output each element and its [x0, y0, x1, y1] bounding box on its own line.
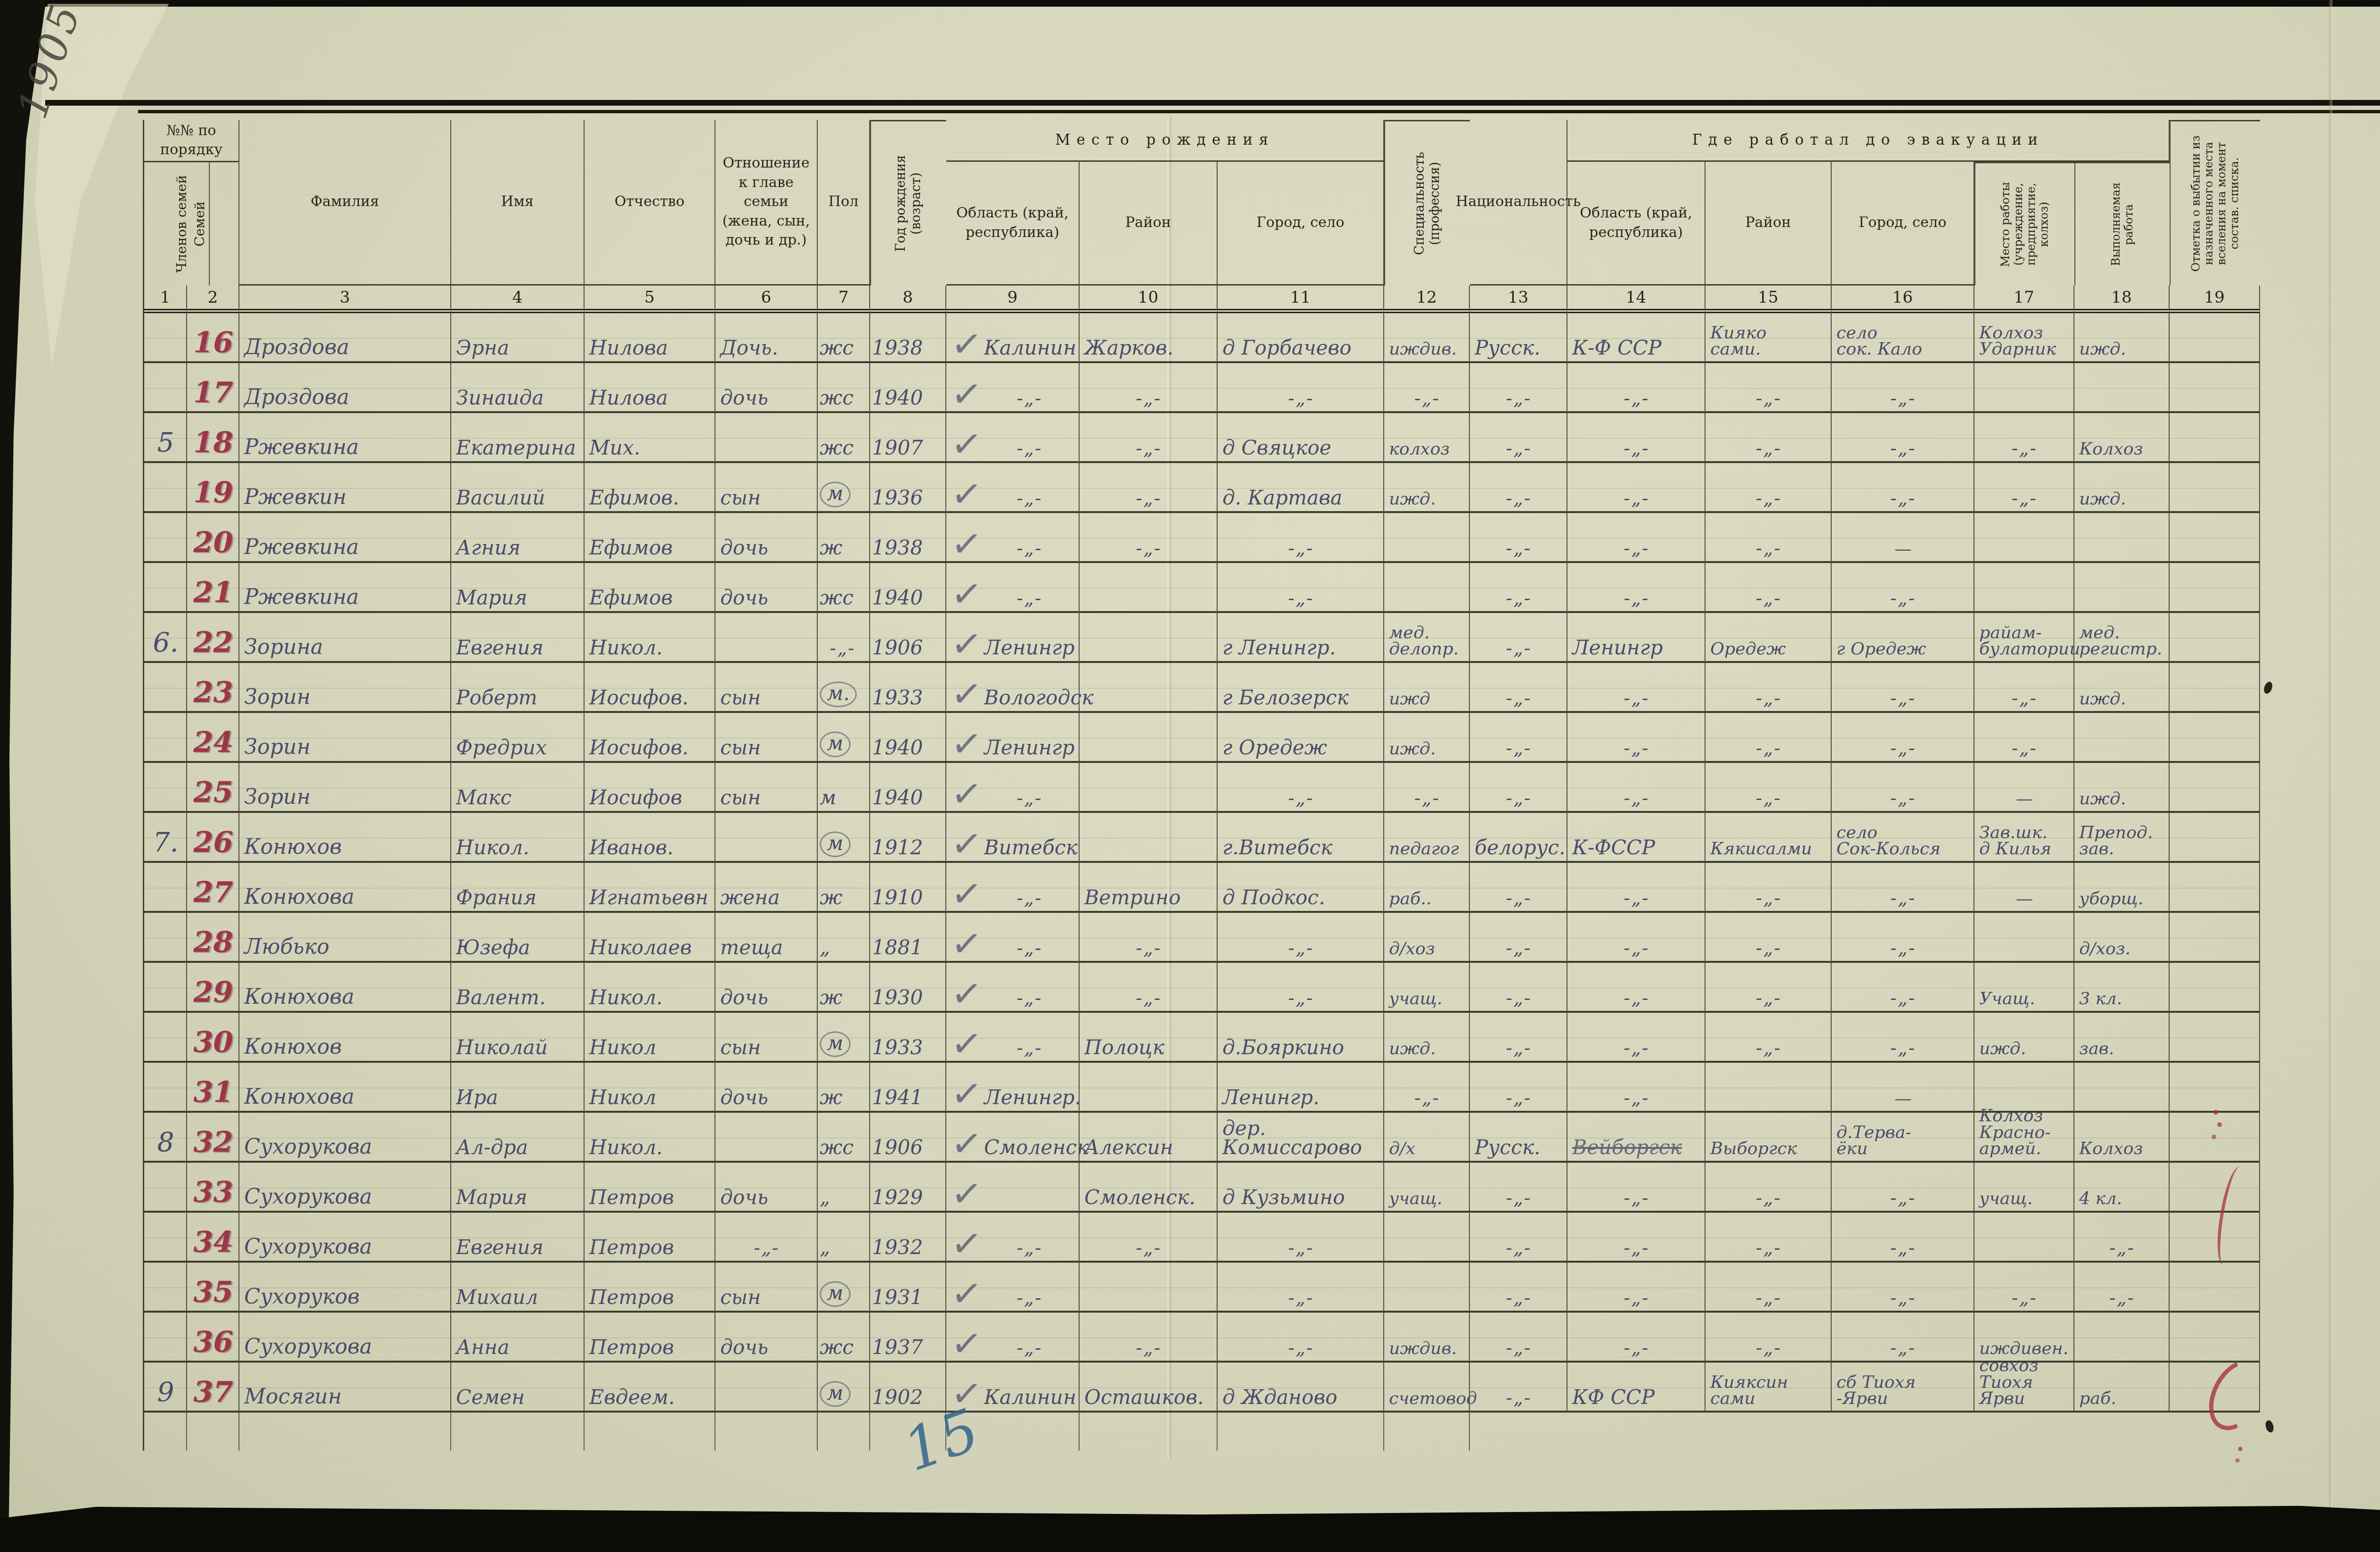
row-24-c16: -„- [1832, 713, 1974, 763]
row-37-c18: раб. [2074, 1363, 2170, 1413]
row-28-sur: Любько [239, 913, 451, 963]
row-28-c18: д/хоз. [2074, 913, 2170, 963]
row-33-c17: учащ. [1974, 1163, 2074, 1213]
row-30-nam: Николай [451, 1013, 585, 1063]
row-16-sex: жс [818, 313, 870, 363]
row-22-c11: г Ленингр. [1218, 613, 1384, 663]
row-36-yr: 1937 [870, 1313, 946, 1363]
check-mark: ✓ [949, 675, 984, 714]
row-34-c12 [1384, 1213, 1470, 1263]
row-16-c12: иждив. [1384, 313, 1470, 363]
header-number-18: 18 [2074, 286, 2170, 313]
check-mark: ✓ [949, 575, 984, 614]
row-26-c19 [2170, 813, 2260, 863]
header-col-birth-district: Район [1080, 162, 1218, 286]
row-28-c17 [1974, 913, 2074, 963]
row-30-c10: Полоцк [1080, 1013, 1218, 1063]
row-25-pat: Иосифов [585, 763, 715, 813]
row-21-n: 21 [187, 563, 239, 613]
row-20-c12 [1384, 513, 1470, 563]
row-30-c14: -„- [1567, 1013, 1706, 1063]
row-37-f: 9 [144, 1363, 187, 1413]
row-16-c16: село сок. Кало [1832, 313, 1974, 363]
row-16-c10: Жарков. [1080, 313, 1218, 363]
row-16-sur: Дроздова [239, 313, 451, 363]
paper-hole-top [2262, 681, 2274, 695]
header-col-relation: Отношение к главе семьи (жена, сын, дочь… [715, 120, 818, 286]
row-25-yr: 1940 [870, 763, 946, 813]
header-order-group: №№ по порядку Семей Членов семей [144, 120, 239, 286]
row-23-n: 23 [187, 663, 239, 713]
row-18-sex: жс [818, 413, 870, 463]
row-35-sur: Сухоруков [239, 1263, 451, 1313]
row-23-yr: 1933 [870, 663, 946, 713]
row-27-c19 [2170, 863, 2260, 913]
header-col-nationality: Национальность [1470, 120, 1567, 286]
row-19-rel: сын [715, 463, 818, 513]
row-16-c15: Кияко сами. [1706, 313, 1832, 363]
row-30-c15: -„- [1706, 1013, 1832, 1063]
row-29-c9: ✓-„- [946, 963, 1080, 1013]
row-20-c10: -„- [1080, 513, 1218, 563]
check-mark: ✓ [949, 1025, 984, 1064]
row-29-f [144, 963, 187, 1013]
row-27-f [144, 863, 187, 913]
row-28-n: 28 [187, 913, 239, 963]
row-31-pat: Никол [585, 1063, 715, 1113]
row-19-c12: ижд. [1384, 463, 1470, 513]
header-col-workplace: Место работы (учреждение, предприятие, к… [1974, 162, 2074, 286]
row-19-c14: -„- [1567, 463, 1706, 513]
row-28-c9: ✓-„- [946, 913, 1080, 963]
row-32-pat: Никол. [585, 1113, 715, 1163]
row-25-c18: ижд. [2074, 763, 2170, 813]
row-26-sur: Конюхов [239, 813, 451, 863]
header-number-11: 11 [1218, 286, 1384, 313]
row-16-c11: д Горбачево [1218, 313, 1384, 363]
row-24-c13: -„- [1470, 713, 1567, 763]
row-30-c17: ижд. [1974, 1013, 2074, 1063]
row-32-c14: Вейборгск [1567, 1113, 1706, 1163]
header-number-16: 16 [1832, 286, 1974, 313]
row-30-c9: ✓-„- [946, 1013, 1080, 1063]
row-23-c11: г Белозерск [1218, 663, 1384, 713]
row-26-c14: К-ФССР [1567, 813, 1706, 863]
header-number-3: 3 [239, 286, 451, 313]
column-line-stub [187, 1413, 239, 1451]
header-number-5: 5 [585, 286, 715, 313]
row-25-c14: -„- [1567, 763, 1706, 813]
row-21-nam: Мария [451, 563, 585, 613]
row-23-rel: сын [715, 663, 818, 713]
row-35-f [144, 1263, 187, 1313]
row-24-f [144, 713, 187, 763]
header-number-15: 15 [1706, 286, 1832, 313]
row-17-sur: Дроздова [239, 363, 451, 413]
row-20-sur: Ржевкина [239, 513, 451, 563]
row-23-c16: -„- [1832, 663, 1974, 713]
row-18-f: 5 [144, 413, 187, 463]
row-28-c10: -„- [1080, 913, 1218, 963]
row-33-c18: 4 кл. [2074, 1163, 2170, 1213]
header-number-9: 9 [946, 286, 1080, 313]
row-34-c13: -„- [1470, 1213, 1567, 1263]
row-37-c13: -„- [1470, 1363, 1567, 1413]
row-23-c12: ижд [1384, 663, 1470, 713]
row-25-f [144, 763, 187, 813]
row-29-c14: -„- [1567, 963, 1706, 1013]
row-30-c18: зав. [2074, 1013, 2170, 1063]
row-20-c14: -„- [1567, 513, 1706, 563]
check-mark: ✓ [949, 725, 984, 764]
check-mark: ✓ [949, 475, 984, 514]
row-26-rel [715, 813, 818, 863]
row-31-sex: ж [818, 1063, 870, 1113]
row-21-yr: 1940 [870, 563, 946, 613]
row-28-c14: -„- [1567, 913, 1706, 963]
column-line-stub [144, 1413, 187, 1451]
row-32-sur: Сухорукова [239, 1113, 451, 1163]
row-37-pat: Евдеем. [585, 1363, 715, 1413]
row-31-c14: -„- [1567, 1063, 1706, 1113]
row-35-c9: ✓-„- [946, 1263, 1080, 1313]
row-22-sex: -„- [818, 613, 870, 663]
column-line-stub [818, 1413, 870, 1451]
row-22-sur: Зорина [239, 613, 451, 663]
right-fold-crease [2329, 0, 2332, 1552]
check-mark: ✓ [949, 1125, 984, 1164]
row-25-nam: Макс [451, 763, 585, 813]
row-18-n: 18 [187, 413, 239, 463]
scan-edge-bottom [0, 1504, 2380, 1552]
row-26-pat: Иванов. [585, 813, 715, 863]
row-32-c10: Алексин [1080, 1113, 1218, 1163]
row-27-rel: жена [715, 863, 818, 913]
row-35-yr: 1931 [870, 1263, 946, 1313]
row-24-c18 [2074, 713, 2170, 763]
row-26-nam: Никол. [451, 813, 585, 863]
row-34-c10: -„- [1080, 1213, 1218, 1263]
row-35-c10 [1080, 1263, 1218, 1313]
row-19-yr: 1936 [870, 463, 946, 513]
row-27-c11: д Подкос. [1218, 863, 1384, 913]
check-mark: ✓ [949, 925, 984, 964]
row-32-c12: д/х [1384, 1113, 1470, 1163]
row-25-c9: ✓-„- [946, 763, 1080, 813]
row-18-nam: Екатерина [451, 413, 585, 463]
row-36-sur: Сухорукова [239, 1313, 451, 1363]
row-32-c16: д.Терва- ёки [1832, 1113, 1974, 1163]
row-32-c11: дер. Комиссарово [1218, 1113, 1384, 1163]
row-34-c19 [2170, 1213, 2260, 1263]
row-24-c15: -„- [1706, 713, 1832, 763]
row-26-c17: Зав.шк. д Килья [1974, 813, 2074, 863]
row-30-c19 [2170, 1013, 2260, 1063]
row-21-c11: -„- [1218, 563, 1384, 613]
row-26-yr: 1912 [870, 813, 946, 863]
header-number-14: 14 [1567, 286, 1706, 313]
row-21-c14: -„- [1567, 563, 1706, 613]
row-27-sur: Конюхова [239, 863, 451, 913]
row-30-c16: -„- [1832, 1013, 1974, 1063]
row-20-c9: ✓-„- [946, 513, 1080, 563]
row-30-pat: Никол [585, 1013, 715, 1063]
row-27-c17: — [1974, 863, 2074, 913]
row-17-c14: -„- [1567, 363, 1706, 413]
row-24-c14: -„- [1567, 713, 1706, 763]
row-31-rel: дочь [715, 1063, 818, 1113]
row-17-c12: -„- [1384, 363, 1470, 413]
row-26-c13: белорус. [1470, 813, 1567, 863]
row-22-pat: Никол. [585, 613, 715, 663]
check-mark: ✓ [949, 1075, 984, 1114]
row-37-c15: Кияксин сами [1706, 1363, 1832, 1413]
row-28-rel: теща [715, 913, 818, 963]
row-32-c13: Русск. [1470, 1113, 1567, 1163]
row-21-c16: -„- [1832, 563, 1974, 613]
row-32-c19 [2170, 1113, 2260, 1163]
row-20-yr: 1938 [870, 513, 946, 563]
column-line-stub [585, 1413, 715, 1451]
row-30-n: 30 [187, 1013, 239, 1063]
row-17-c16: -„- [1832, 363, 1974, 413]
row-28-c13: -„- [1470, 913, 1567, 963]
row-21-c18 [2074, 563, 2170, 613]
row-24-pat: Иосифов. [585, 713, 715, 763]
row-24-c19 [2170, 713, 2260, 763]
row-18-c12: колхоз [1384, 413, 1470, 463]
row-17-c17 [1974, 363, 2074, 413]
row-36-c15: -„- [1706, 1313, 1832, 1363]
row-31-c16: — [1832, 1063, 1974, 1113]
row-33-f [144, 1163, 187, 1213]
row-17-f [144, 363, 187, 413]
row-23-c10 [1080, 663, 1218, 713]
header-col-firstname: Имя [451, 120, 585, 286]
row-17-rel: дочь [715, 363, 818, 413]
red-check-dots-2 [2238, 1447, 2242, 1451]
row-23-c19 [2170, 663, 2260, 713]
row-16-nam: Эрна [451, 313, 585, 363]
header-number-10: 10 [1080, 286, 1218, 313]
row-23-nam: Роберт [451, 663, 585, 713]
row-31-c11: Ленингр. [1218, 1063, 1384, 1113]
row-23-sex: м. [818, 663, 870, 713]
row-22-n: 22 [187, 613, 239, 663]
row-17-c18 [2074, 363, 2170, 413]
paper-hole-bottom [2264, 1419, 2275, 1433]
row-36-n: 36 [187, 1313, 239, 1363]
row-25-c11: -„- [1218, 763, 1384, 813]
row-29-rel: дочь [715, 963, 818, 1013]
row-35-pat: Петров [585, 1263, 715, 1313]
row-37-n: 37 [187, 1363, 239, 1413]
row-21-c15: -„- [1706, 563, 1832, 613]
header-col-families: Семей [191, 162, 210, 286]
row-33-sex: „ [818, 1163, 870, 1213]
row-31-c12: -„- [1384, 1063, 1470, 1113]
row-36-c9: ✓-„- [946, 1313, 1080, 1363]
row-25-c16: -„- [1832, 763, 1974, 813]
header-number-2: 2 [187, 286, 239, 313]
row-24-sur: Зорин [239, 713, 451, 763]
row-17-c19 [2170, 363, 2260, 413]
row-37-c11: д Жданово [1218, 1363, 1384, 1413]
row-16-rel: Дочь. [715, 313, 818, 363]
header-col-surname: Фамилия [239, 120, 451, 286]
row-20-n: 20 [187, 513, 239, 563]
row-36-sex: жс [818, 1313, 870, 1363]
check-mark: ✓ [949, 326, 984, 364]
row-27-n: 27 [187, 863, 239, 913]
row-29-yr: 1930 [870, 963, 946, 1013]
row-37-rel [715, 1363, 818, 1413]
row-29-sex: ж [818, 963, 870, 1013]
row-21-rel: дочь [715, 563, 818, 613]
row-19-c15: -„- [1706, 463, 1832, 513]
row-27-yr: 1910 [870, 863, 946, 913]
top-heavy-rule [45, 100, 2380, 106]
row-25-sur: Зорин [239, 763, 451, 813]
row-19-pat: Ефимов. [585, 463, 715, 513]
row-24-c11: г Оредеж [1218, 713, 1384, 763]
row-22-c9: ✓Ленингр [946, 613, 1080, 663]
row-24-nam: Фредрих [451, 713, 585, 763]
row-33-nam: Мария [451, 1163, 585, 1213]
row-31-c13: -„- [1470, 1063, 1567, 1113]
row-34-c16: -„- [1832, 1213, 1974, 1263]
row-22-c17: райам- булатории [1974, 613, 2074, 663]
row-33-c15: -„- [1706, 1163, 1832, 1213]
row-37-c14: КФ ССР [1567, 1363, 1706, 1413]
row-37-c17: совхоз Тиохя Ярви [1974, 1363, 2074, 1413]
row-18-c11: д Свяцкое [1218, 413, 1384, 463]
row-31-c9: ✓Ленингр. [946, 1063, 1080, 1113]
header-number-17: 17 [1974, 286, 2074, 313]
row-36-c16: -„- [1832, 1313, 1974, 1363]
row-30-f [144, 1013, 187, 1063]
row-34-c18: -„- [2074, 1213, 2170, 1263]
row-36-c10: -„- [1080, 1313, 1218, 1363]
row-23-sur: Зорин [239, 663, 451, 713]
row-17-nam: Зинаида [451, 363, 585, 413]
row-27-sex: ж [818, 863, 870, 913]
row-18-c13: -„- [1470, 413, 1567, 463]
scanned-document-page: 1905 №№ по порядку Семей Членов семей Фа… [0, 0, 2380, 1552]
row-16-yr: 1938 [870, 313, 946, 363]
row-35-c11: -„- [1218, 1263, 1384, 1313]
row-27-c9: ✓-„- [946, 863, 1080, 913]
row-28-c15: -„- [1706, 913, 1832, 963]
row-22-c10 [1080, 613, 1218, 663]
evacuation-register-table: №№ по порядку Семей Членов семей Фамилия… [143, 120, 2260, 1451]
row-25-c12: -„- [1384, 763, 1470, 813]
row-37-yr: 1902 [870, 1363, 946, 1413]
row-24-c12: ижд. [1384, 713, 1470, 763]
row-28-yr: 1881 [870, 913, 946, 963]
row-36-c14: -„- [1567, 1313, 1706, 1363]
check-mark: ✓ [949, 1225, 984, 1264]
row-21-c9: ✓-„- [946, 563, 1080, 613]
row-19-c11: д. Картава [1218, 463, 1384, 513]
row-35-rel: сын [715, 1263, 818, 1313]
row-16-c14: К-Ф ССР [1567, 313, 1706, 363]
check-mark: ✓ [949, 525, 984, 564]
row-26-f: 7. [144, 813, 187, 863]
header-col-members: Членов семей [173, 162, 191, 286]
row-33-c14: -„- [1567, 1163, 1706, 1213]
row-21-pat: Ефимов [585, 563, 715, 613]
row-28-nam: Юзефа [451, 913, 585, 963]
row-16-f [144, 313, 187, 363]
row-17-sex: жс [818, 363, 870, 413]
row-18-sur: Ржевкина [239, 413, 451, 463]
row-35-c14: -„- [1567, 1263, 1706, 1313]
row-34-c11: -„- [1218, 1213, 1384, 1263]
row-17-c11: -„- [1218, 363, 1384, 413]
row-18-c17: -„- [1974, 413, 2074, 463]
row-24-rel: сын [715, 713, 818, 763]
row-25-rel: сын [715, 763, 818, 813]
row-32-n: 32 [187, 1113, 239, 1163]
row-26-c10 [1080, 813, 1218, 863]
header-col-work-region: Область (край, республика) [1567, 162, 1706, 286]
row-21-f [144, 563, 187, 613]
row-33-c13: -„- [1470, 1163, 1567, 1213]
row-23-c15: -„- [1706, 663, 1832, 713]
header-col-departure-note: Отметка о выбытии из назначенного места … [2170, 120, 2260, 286]
row-29-c18: 3 кл. [2074, 963, 2170, 1013]
row-22-rel [715, 613, 818, 663]
header-col-work-district: Район [1706, 162, 1832, 286]
row-34-sur: Сухорукова [239, 1213, 451, 1263]
row-23-c14: -„- [1567, 663, 1706, 713]
header-number-6: 6 [715, 286, 818, 313]
column-line-stub [1080, 1413, 1218, 1451]
check-mark: ✓ [949, 625, 984, 664]
row-22-yr: 1906 [870, 613, 946, 663]
row-31-c17 [1974, 1063, 2074, 1113]
column-line-stub [451, 1413, 585, 1451]
header-number-4: 4 [451, 286, 585, 313]
row-19-c9: ✓-„- [946, 463, 1080, 513]
row-29-nam: Валент. [451, 963, 585, 1013]
row-36-c17: иждивен. [1974, 1313, 2074, 1363]
row-29-c17: Учащ. [1974, 963, 2074, 1013]
row-20-sex: ж [818, 513, 870, 563]
row-28-c11: -„- [1218, 913, 1384, 963]
row-32-c9: ✓Смоленск [946, 1113, 1080, 1163]
row-27-c13: -„- [1470, 863, 1567, 913]
row-18-yr: 1907 [870, 413, 946, 463]
row-31-n: 31 [187, 1063, 239, 1113]
row-29-c10: -„- [1080, 963, 1218, 1013]
row-35-n: 35 [187, 1263, 239, 1313]
header-birthplace-group: Место рождения [946, 120, 1384, 162]
row-36-pat: Петров [585, 1313, 715, 1363]
row-26-sex: м [818, 813, 870, 863]
row-26-c16: село Сок-Колься [1832, 813, 1974, 863]
row-32-nam: Ал-дра [451, 1113, 585, 1163]
row-35-c15: -„- [1706, 1263, 1832, 1313]
row-29-n: 29 [187, 963, 239, 1013]
row-20-pat: Ефимов [585, 513, 715, 563]
row-25-c19 [2170, 763, 2260, 813]
row-29-c12: учащ. [1384, 963, 1470, 1013]
row-30-c13: -„- [1470, 1013, 1567, 1063]
row-31-sur: Конюхова [239, 1063, 451, 1113]
row-22-c16: г Оредеж [1832, 613, 1974, 663]
